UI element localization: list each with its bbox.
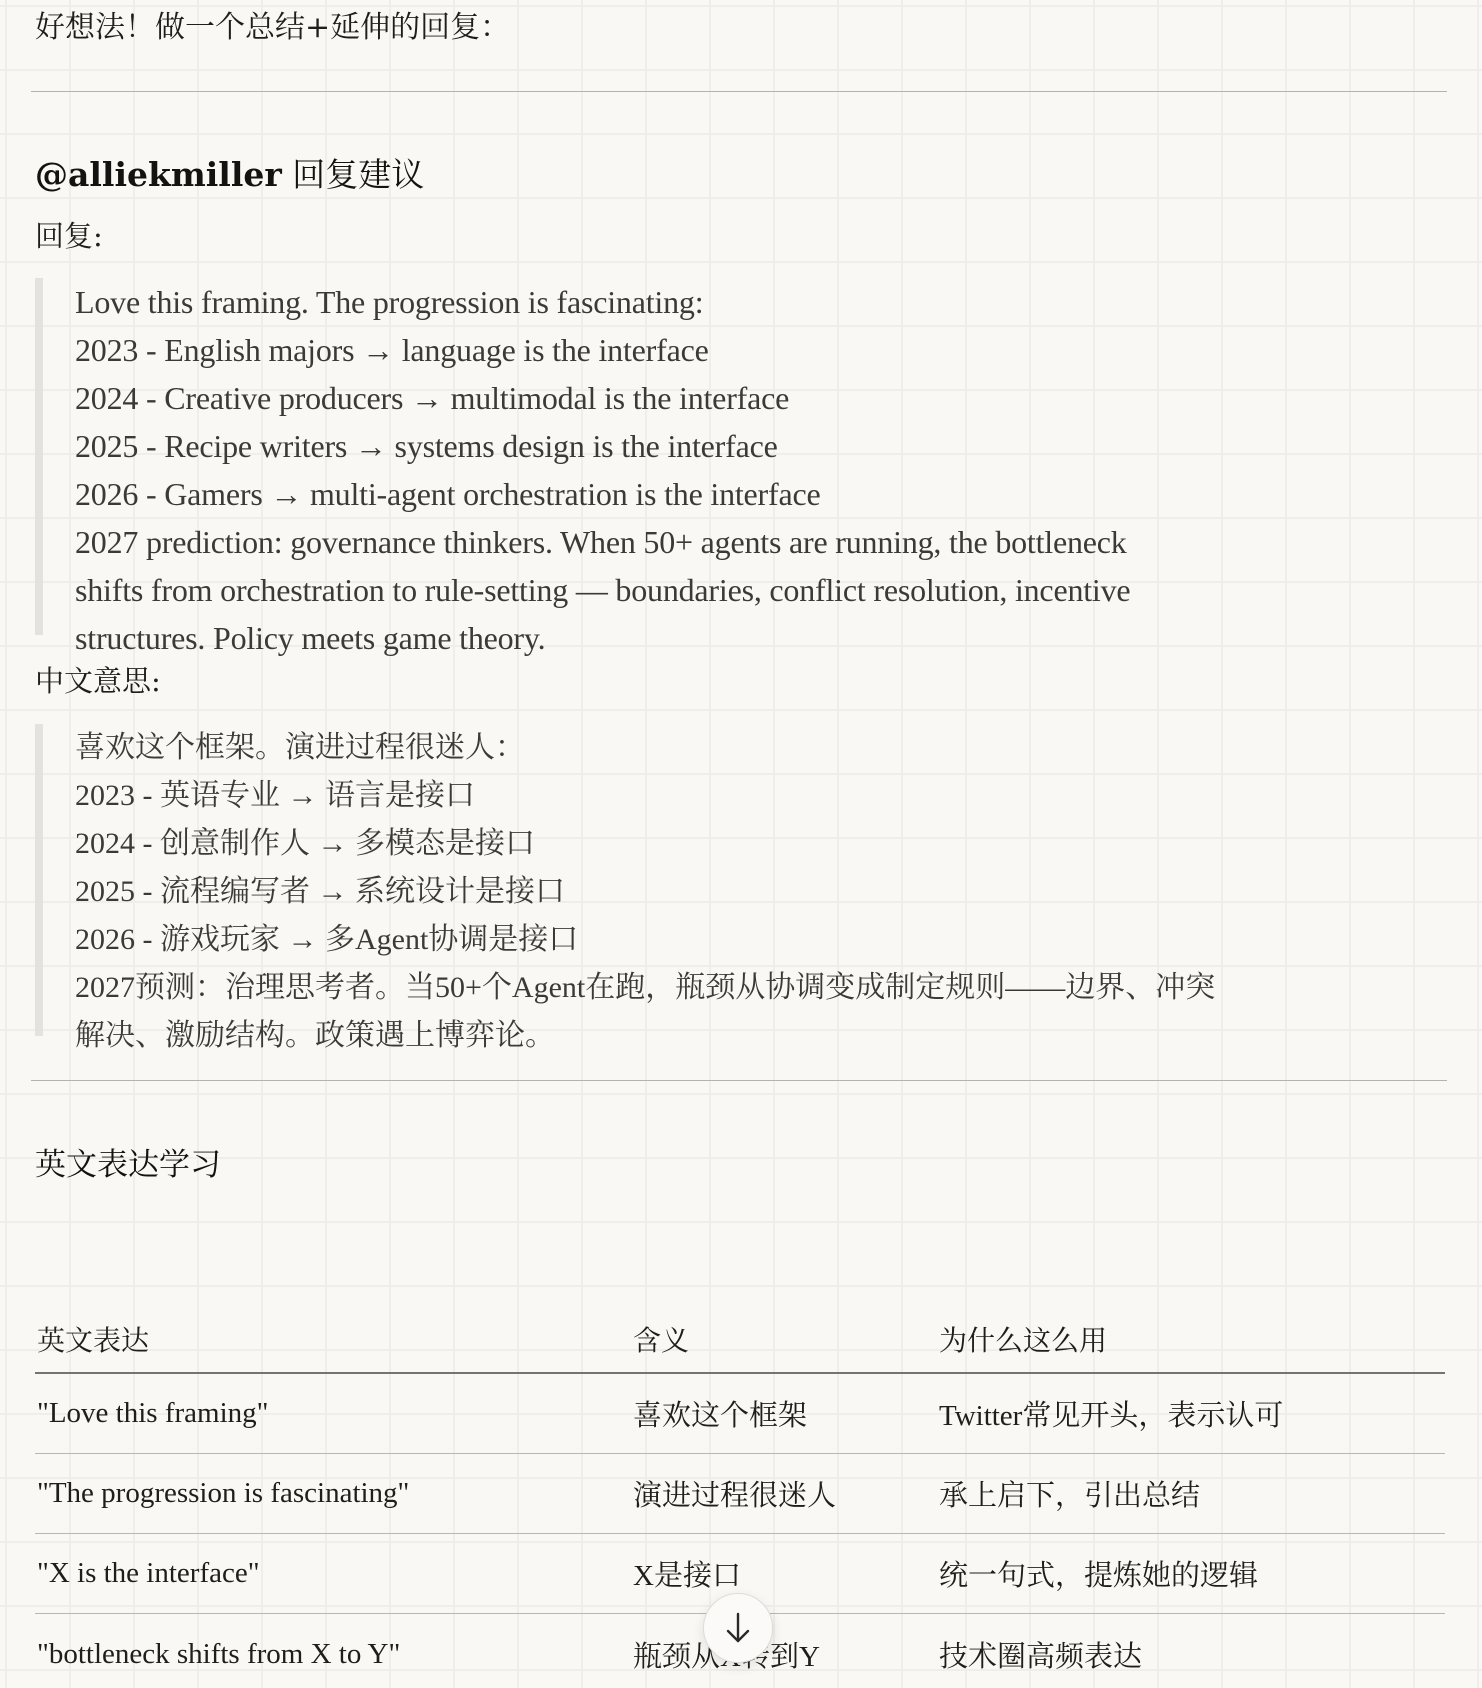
table-row: "Love this framing" 喜欢这个框架 Twitter常见开头，表… xyxy=(35,1374,1445,1454)
quote-line: 2027 prediction: governance thinkers. Wh… xyxy=(75,518,1335,566)
expression-cell: "The progression is fascinating" xyxy=(35,1477,633,1510)
why-cell: 统一句式，提炼她的逻辑 xyxy=(939,1553,1445,1594)
quote-line: 2025 - 流程编写者 → 系统设计是接口 xyxy=(75,868,1335,916)
heading-suffix: 回复建议 xyxy=(282,155,425,194)
chinese-meaning-label: 中文意思: xyxy=(35,661,161,701)
column-header-meaning: 含义 xyxy=(633,1319,939,1359)
divider xyxy=(31,91,1447,92)
column-header-expression: 英文表达 xyxy=(35,1319,633,1359)
meaning-cell: 演进过程很迷人 xyxy=(633,1473,939,1514)
reply-label: 回复: xyxy=(35,216,103,256)
quote-line: 2027预测：治理思考者。当50+个Agent在跑，瓶颈从协调变成制定规则——边… xyxy=(75,964,1335,1012)
why-cell: 承上启下，引出总结 xyxy=(939,1473,1445,1514)
table-row: "The progression is fascinating" 演进过程很迷人… xyxy=(35,1454,1445,1534)
quote-line: 解决、激励结构。政策遇上博弈论。 xyxy=(75,1012,1335,1060)
scroll-to-bottom-button[interactable] xyxy=(703,1593,773,1663)
quote-line: structures. Policy meets game theory. xyxy=(75,614,1335,662)
quote-line: 2024 - 创意制作人 → 多模态是接口 xyxy=(75,820,1335,868)
expression-cell: "bottleneck shifts from X to Y" xyxy=(35,1638,633,1671)
divider xyxy=(31,1080,1447,1081)
chinese-blockquote: 喜欢这个框架。演进过程很迷人： 2023 - 英语专业 → 语言是接口 2024… xyxy=(35,724,1335,1036)
quote-line: 2026 - 游戏玩家 → 多Agent协调是接口 xyxy=(75,916,1335,964)
quote-line: 2024 - Creative producers → multimodal i… xyxy=(75,374,1335,422)
meaning-cell: 瓶颈从X转到Y xyxy=(633,1634,939,1675)
arrow-down-icon xyxy=(723,1611,753,1645)
quote-line: Love this framing. The progression is fa… xyxy=(75,278,1335,326)
expression-cell: "Love this framing" xyxy=(35,1397,633,1430)
twitter-handle: @alliekmiller xyxy=(35,155,282,194)
quote-line: 喜欢这个框架。演进过程很迷人： xyxy=(75,724,1335,772)
quote-line: shifts from orchestration to rule-settin… xyxy=(75,566,1335,614)
section-heading-reply: @alliekmiller 回复建议 xyxy=(35,153,424,197)
intro-text: 好想法！做一个总结+延伸的回复： xyxy=(35,6,510,50)
meaning-cell: X是接口 xyxy=(633,1553,939,1594)
quote-line: 2023 - English majors → language is the … xyxy=(75,326,1335,374)
expression-cell: "X is the interface" xyxy=(35,1557,633,1590)
quote-line: 2025 - Recipe writers → systems design i… xyxy=(75,422,1335,470)
table-header-row: 英文表达 含义 为什么这么用 xyxy=(35,1306,1445,1374)
meaning-cell: 喜欢这个框架 xyxy=(633,1393,939,1434)
why-cell: 技术圈高频表达 xyxy=(939,1634,1445,1675)
reply-blockquote: Love this framing. The progression is fa… xyxy=(35,278,1335,635)
column-header-why: 为什么这么用 xyxy=(939,1319,1445,1359)
quote-line: 2026 - Gamers → multi-agent orchestratio… xyxy=(75,470,1335,518)
section-heading-expressions: 英文表达学习 xyxy=(35,1143,221,1187)
why-cell: Twitter常见开头，表示认可 xyxy=(939,1393,1445,1434)
quote-line: 2023 - 英语专业 → 语言是接口 xyxy=(75,772,1335,820)
